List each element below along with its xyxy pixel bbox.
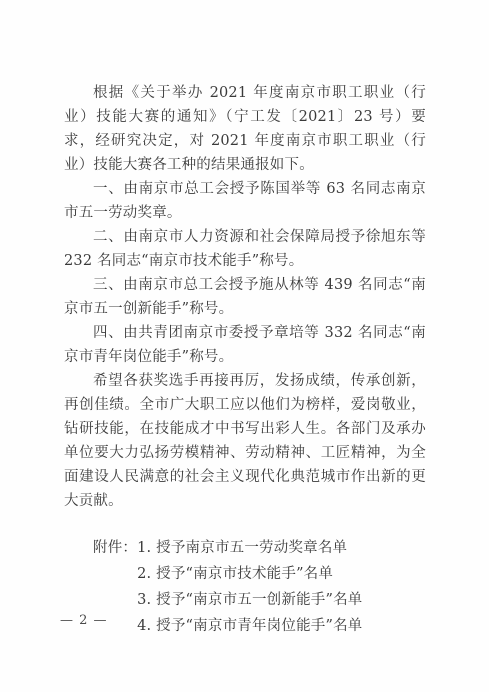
paragraph-item-1: 一、由南京市总工会授予陈国举等 63 名同志南京市五一劳动奖章。 [64, 177, 426, 225]
attachments-block: 附件： 1. 授予南京市五一劳动奖章名单 2. 授予“南京市技术能手”名单 3.… [64, 535, 426, 639]
document-page: 根据《关于举办 2021 年度南京市职工职业（行业）技能大赛的通知》（宁工发〔2… [0, 0, 489, 692]
attachments-list: 1. 授予南京市五一劳动奖章名单 2. 授予“南京市技术能手”名单 3. 授予“… [137, 535, 426, 639]
paragraph-intro: 根据《关于举办 2021 年度南京市职工职业（行业）技能大赛的通知》（宁工发〔2… [64, 81, 426, 177]
attachment-item-1: 1. 授予南京市五一劳动奖章名单 [137, 535, 426, 561]
page-number: — 2 — [60, 613, 108, 628]
attachment-item-2: 2. 授予“南京市技术能手”名单 [137, 561, 426, 587]
paragraph-closing: 希望各获奖选手再接再厉，发扬成绩，传承创新，再创佳绩。全市广大职工应以他们为榜样… [64, 369, 426, 513]
attachment-item-4: 4. 授予“南京市青年岗位能手”名单 [137, 613, 426, 639]
paragraph-item-3: 三、由南京市总工会授予施从林等 439 名同志“南京市五一创新能手”称号。 [64, 273, 426, 321]
paragraph-item-2: 二、由南京市人力资源和社会保障局授予徐旭东等 232 名同志“南京市技术能手”称… [64, 225, 426, 273]
attachments-label: 附件： [64, 535, 137, 561]
document-body: 根据《关于举办 2021 年度南京市职工职业（行业）技能大赛的通知》（宁工发〔2… [64, 81, 426, 639]
paragraph-item-4: 四、由共青团南京市委授予章培等 332 名同志“南京市青年岗位能手”称号。 [64, 321, 426, 369]
attachment-item-3: 3. 授予“南京市五一创新能手”名单 [137, 587, 426, 613]
